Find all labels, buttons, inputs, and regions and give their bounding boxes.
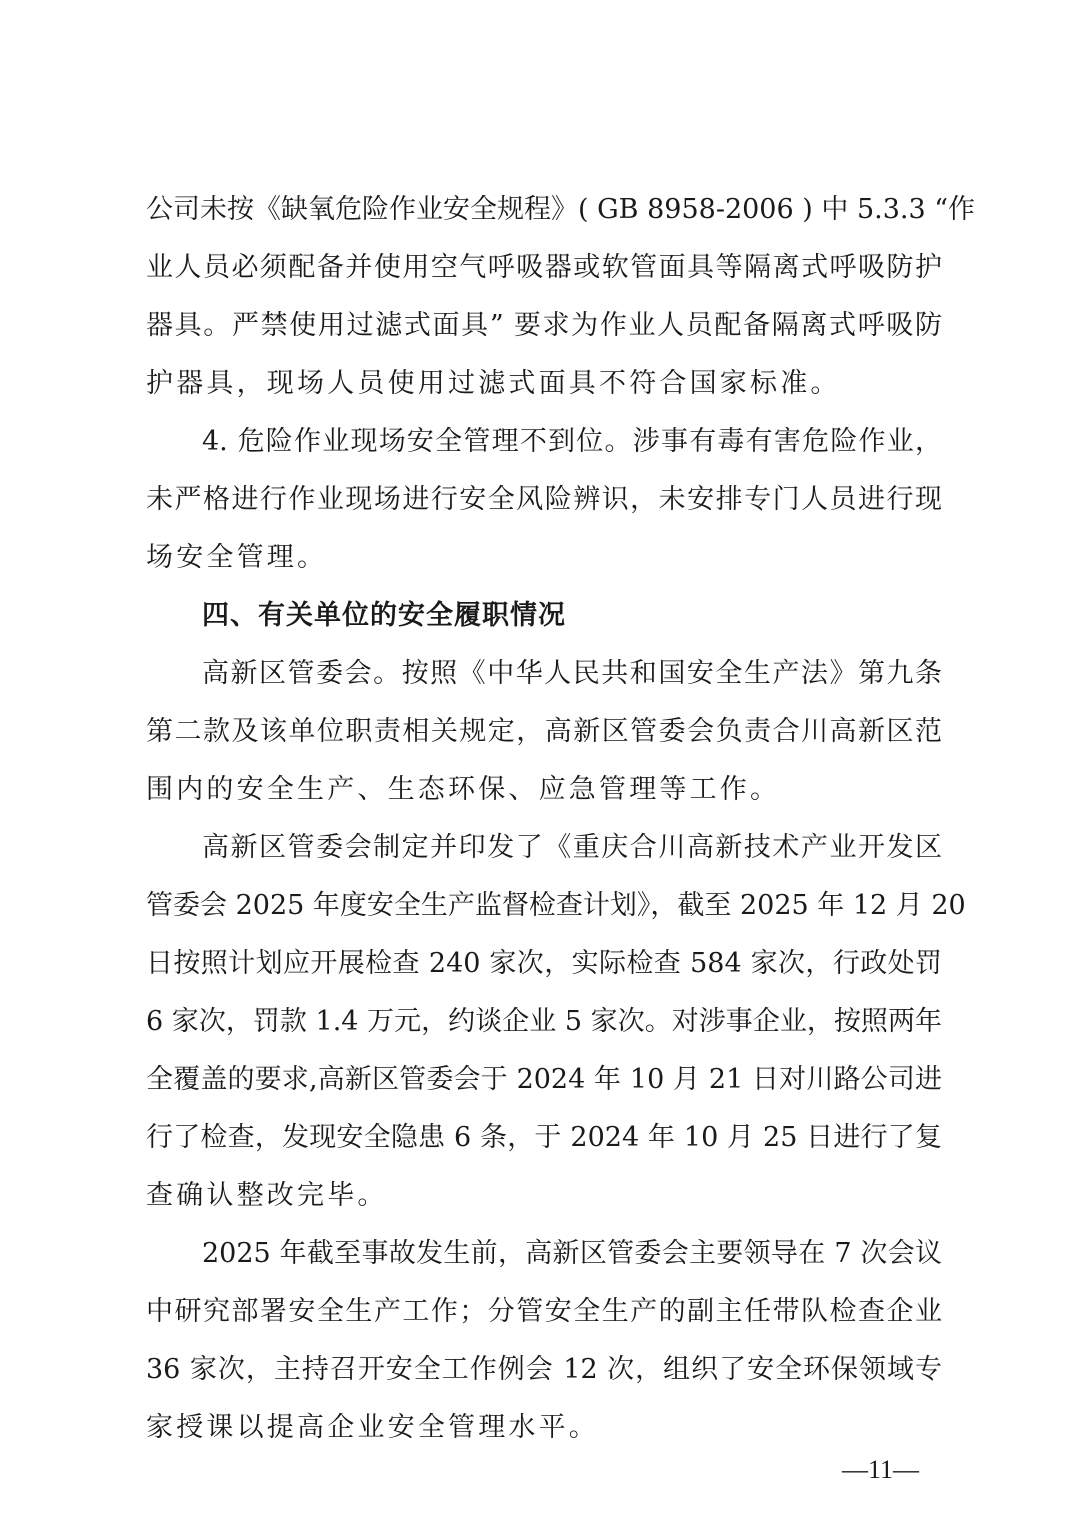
text-line: 36 家次，主持召开安全工作例会 12 次，组织了安全环保领域专: [146, 1343, 942, 1397]
text-line: 日按照计划应开展检查 240 家次，实际检查 584 家次，行政处罚: [146, 937, 942, 991]
text-line: 器具。严禁使用过滤式面具” 要求为作业人员配备隔离式呼吸防: [146, 299, 942, 353]
text-line: 中研究部署安全生产工作；分管安全生产的副主任带队检查企业: [146, 1285, 942, 1339]
text-line: 4. 危险作业现场安全管理不到位。涉事有毒有害危险作业，: [202, 415, 942, 469]
text-line: 6 家次，罚款 1.4 万元，约谈企业 5 家次。对涉事企业，按照两年: [146, 995, 942, 1049]
text-line: 业人员必须配备并使用空气呼吸器或软管面具等隔离式呼吸防护: [146, 241, 942, 295]
text-line: 公司未按《缺氧危险作业安全规程》( GB 8958-2006 ) 中 5.3.3…: [146, 183, 942, 237]
text-line: 第二款及该单位职责相关规定，高新区管委会负责合川高新区范: [146, 705, 942, 759]
text-line: 行了检查，发现安全隐患 6 条，于 2024 年 10 月 25 日进行了复: [146, 1111, 942, 1165]
text-line: 家授课以提高企业安全管理水平。: [146, 1401, 942, 1455]
text-line: 未严格进行作业现场进行安全风险辨识，未安排专门人员进行现: [146, 473, 942, 527]
text-line: 护器具，现场人员使用过滤式面具不符合国家标准。: [146, 357, 942, 411]
text-line: 查确认整改完毕。: [146, 1169, 942, 1223]
text-line: 高新区管委会制定并印发了《重庆合川高新技术产业开发区: [202, 821, 942, 875]
document-page: 公司未按《缺氧危险作业安全规程》( GB 8958-2006 ) 中 5.3.3…: [0, 0, 1074, 1520]
text-line: 全覆盖的要求,高新区管委会于 2024 年 10 月 21 日对川路公司进: [146, 1053, 942, 1107]
text-line: 2025 年截至事故发生前，高新区管委会主要领导在 7 次会议: [202, 1227, 942, 1281]
text-line: 高新区管委会。按照《中华人民共和国安全生产法》第九条: [202, 647, 942, 701]
text-line: 管委会 2025 年度安全生产监督检查计划》，截至 2025 年 12 月 20: [146, 879, 942, 933]
section-heading: 四、有关单位的安全履职情况: [202, 589, 942, 643]
text-line: 场安全管理。: [146, 531, 942, 585]
text-line: 围内的安全生产、生态环保、应急管理等工作。: [146, 763, 942, 817]
page-number: —11—: [842, 1455, 919, 1485]
